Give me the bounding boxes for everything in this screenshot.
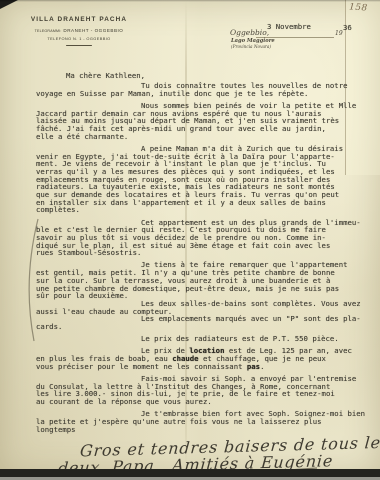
- paragraph-line: vous préciser pour le moment ne les conn…: [36, 363, 358, 371]
- paragraph-line: en installer six dans l'appartement et i…: [36, 199, 358, 207]
- paragraph-line: au courant de la réponse que vous aurez.: [36, 398, 358, 406]
- paragraph: Je tiens à te faire remarquer que l'appa…: [36, 261, 358, 299]
- paragraph: Le prix des radiateurs est de P.T. 550 p…: [36, 335, 358, 343]
- scan-edge-bottom: [0, 469, 380, 477]
- paragraph: Tu dois connaître toutes les nouvelles d…: [36, 82, 358, 97]
- letter-body: Tu dois connaître toutes les nouvelles d…: [36, 82, 358, 433]
- paragraph-line: voyage en Suisse par Maman, inutile donc…: [36, 90, 358, 98]
- letterhead-telegraph-line: TELEGRAMMI: DRANEHT - OGGEBBIO: [20, 28, 138, 33]
- paragraph: Le prix de location est de Leg. 125 par …: [36, 347, 358, 370]
- paragraph-line: rues Stamboul-Sésostris.: [36, 249, 358, 257]
- paragraph: Fais-moi savoir si Soph. a envoyé par l'…: [36, 375, 358, 406]
- dateline-provincia: (Provincia Novara): [231, 44, 271, 49]
- letterhead-phone-line: TELEFONO N. 1 - OGGEBBIO: [20, 36, 138, 41]
- letterhead-flourish: [66, 45, 92, 46]
- paragraph-line: Le prix des radiateurs est de P.T. 550 p…: [36, 335, 358, 343]
- paragraph-line: Les emplacements marqués avec un "P" son…: [36, 315, 358, 323]
- telegraph-value: DRANEHT - OGGEBBIO: [63, 28, 123, 33]
- page-number-annotation: 158: [349, 2, 368, 13]
- paragraph: Je t'embrasse bien fort avec Soph. Soign…: [36, 410, 358, 433]
- paragraph-line: longtemps: [36, 426, 358, 434]
- paragraph-line: cards.: [36, 323, 358, 331]
- letter-paper: VILLA DRANEHT PACHA TELEGRAMMI: DRANEHT …: [0, 0, 380, 477]
- paragraph: Nous sommes bien peinés de voir la petit…: [36, 102, 358, 140]
- scan-edge-top: [0, 0, 380, 2]
- paragraph: A peine Maman m'a dit à Zurich que tu dé…: [36, 145, 358, 214]
- dateline-year-printed: 19: [335, 30, 343, 37]
- letterhead: VILLA DRANEHT PACHA TELEGRAMMI: DRANEHT …: [20, 16, 138, 46]
- paragraph: Cet appartement est un des plus grands d…: [36, 219, 358, 257]
- salutation: Ma chère Kathleen,: [66, 71, 145, 80]
- paragraph: Les emplacements marqués avec un "P" son…: [36, 315, 358, 330]
- paragraph-line: la petite et j'espère qu'une autre fois …: [36, 418, 358, 426]
- dateline-date-typed: 3 Novembre: [267, 22, 311, 31]
- paragraph-line: complètes.: [36, 206, 358, 214]
- letterhead-villa-name: VILLA DRANEHT PACHA: [20, 16, 138, 23]
- paragraph-line: elle a été charmante.: [36, 133, 358, 141]
- telegraph-label: TELEGRAMMI:: [35, 29, 62, 33]
- dateline-year-typed: 36: [343, 23, 352, 32]
- paragraph: Les deux salles-de-bains sont complètes.…: [36, 300, 358, 315]
- scanned-letter-page: { "page": { "page_number": "158" }, "let…: [0, 0, 380, 480]
